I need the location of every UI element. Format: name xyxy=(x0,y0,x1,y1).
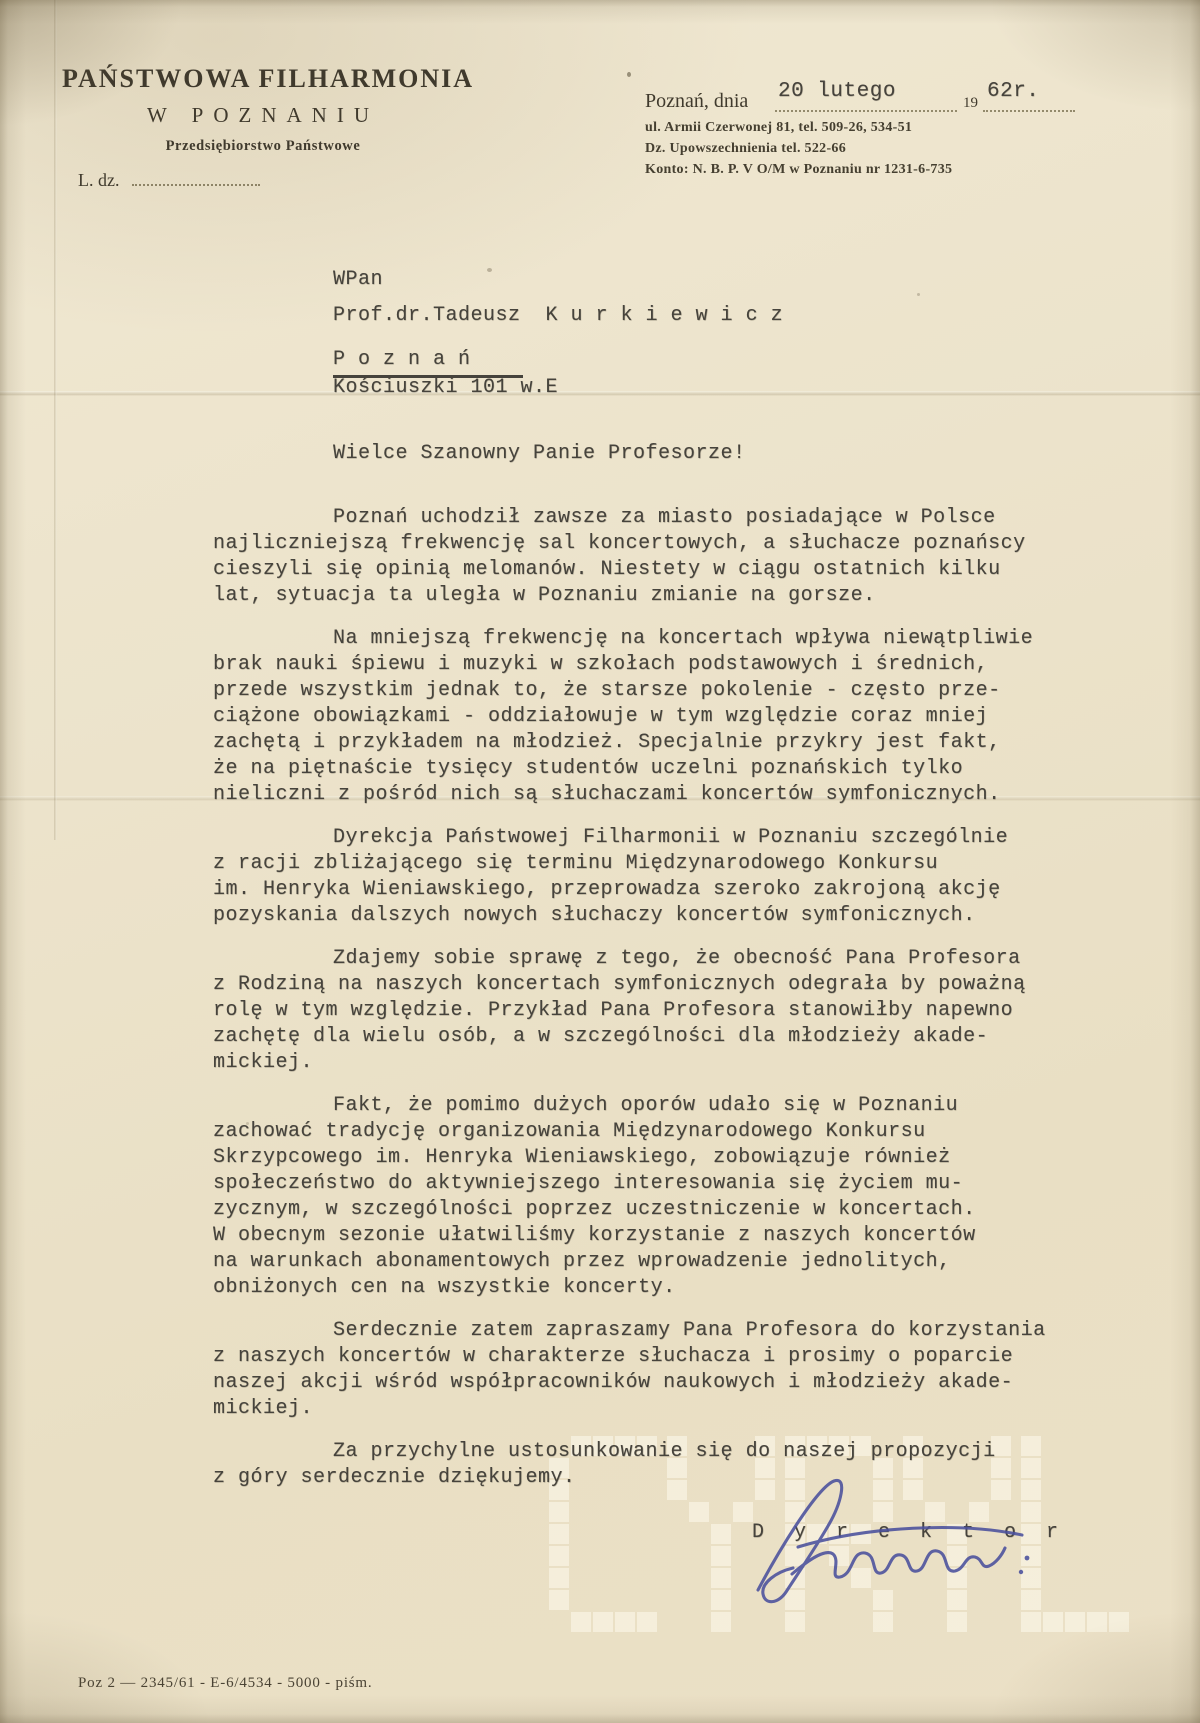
recipient-block: WPan Prof.dr.Tadeusz K u r k i e w i c z… xyxy=(333,264,853,414)
director-signature xyxy=(728,1462,1058,1617)
paragraph-line: Dyrekcja Państwowej Filharmonii w Poznan… xyxy=(213,825,1053,851)
date-dotted-line xyxy=(775,110,957,112)
reference-label: L. dz. xyxy=(78,170,119,190)
paragraph-line: zachować tradycję organizowania Międzyna… xyxy=(213,1119,1053,1145)
paragraph-line: mickiej. xyxy=(213,1050,1053,1076)
paragraph-line: na warunkach abonamentowych przez wprowa… xyxy=(213,1249,1053,1275)
recipient-city: P o z n a ń xyxy=(333,348,523,378)
org-subtitle: Przedsiębiorstwo Państwowe xyxy=(62,138,464,155)
paragraph: Zdajemy sobie sprawę z tego, że obecność… xyxy=(213,946,1053,1076)
recipient-name: Prof.dr.Tadeusz K u r k i e w i c z xyxy=(333,304,783,327)
paragraph-line: lat, sytuacja ta uległa w Poznaniu zmian… xyxy=(213,583,1053,609)
paragraph-line: Zdajemy sobie sprawę z tego, że obecność… xyxy=(213,946,1053,972)
paragraph: Na mniejszą frekwencję na koncertach wpł… xyxy=(213,626,1053,808)
paragraph-line: cieszyli się opinią melomanów. Niestety … xyxy=(213,557,1053,583)
paragraph-line: Fakt, że pomimo dużych oporów udało się … xyxy=(213,1093,1053,1119)
paragraph-line: brak nauki śpiewu i muzyki w szkołach po… xyxy=(213,652,1053,678)
paragraph-line: zycznym, w szczególności poprzez uczestn… xyxy=(213,1197,1053,1223)
paragraph-line: najliczniejszą frekwencję sal koncertowy… xyxy=(213,531,1053,557)
scanned-letter-page: PAŃSTWOWA FILHARMONIA W POZNANIU Przedsi… xyxy=(0,0,1200,1723)
paragraph-line: pozyskania dalszych nowych słuchaczy kon… xyxy=(213,903,1053,929)
date-dotted-line-2 xyxy=(983,110,1075,112)
recipient-street: Kościuszki 101 w.E xyxy=(333,376,558,399)
paragraph-line: z racji zbliżającego się terminu Międzyn… xyxy=(213,851,1053,877)
paragraph-line: zachętą i przykładem na młodzież. Specja… xyxy=(213,730,1053,756)
paragraph-line: nieliczni z pośród nich są słuchaczami k… xyxy=(213,782,1053,808)
date-typed-year: 62r. xyxy=(987,80,1039,103)
left-edge-crease xyxy=(54,0,57,840)
letterhead: PAŃSTWOWA FILHARMONIA W POZNANIU Przedsi… xyxy=(62,64,464,155)
date-century: 19 xyxy=(963,95,978,112)
paragraph-line: przede wszystkim jednak to, że starsze p… xyxy=(213,678,1053,704)
paper-speck xyxy=(917,293,920,296)
date-typed-value: 20 lutego xyxy=(778,80,896,103)
paragraph-line: Na mniejszą frekwencję na koncertach wpł… xyxy=(213,626,1053,652)
salutation: Wielce Szanowny Panie Profesorze! xyxy=(333,442,746,465)
letterhead-address-line: Dz. Upowszechnienia tel. 522-66 xyxy=(645,141,846,157)
paragraph-line: ciążone obowiązkami - oddziałowuje w tym… xyxy=(213,704,1053,730)
paragraph-line: zachętę dla wielu osób, a w szczególnośc… xyxy=(213,1024,1053,1050)
reference-number-line: L. dz. xyxy=(78,170,260,191)
paragraph-line: że na piętnaście tysięcy studentów uczel… xyxy=(213,756,1053,782)
paragraph: Poznań uchodził zawsze za miasto posiada… xyxy=(213,505,1053,609)
date-line: Poznań, dnia 20 lutego 19 62r. xyxy=(645,80,1115,120)
paragraph-line: W obecnym sezonie ułatwiliśmy korzystani… xyxy=(213,1223,1053,1249)
date-prefix: Poznań, dnia xyxy=(645,90,748,113)
paper-speck xyxy=(627,72,631,77)
paragraph-line: Serdecznie zatem zapraszamy Pana Profeso… xyxy=(213,1318,1053,1344)
paragraph-line: rolę w tym względzie. Przykład Pana Prof… xyxy=(213,998,1053,1024)
paragraph-line: społeczeństwo do aktywniejszego intereso… xyxy=(213,1171,1053,1197)
org-name: PAŃSTWOWA FILHARMONIA xyxy=(62,64,464,94)
letter-body: Poznań uchodził zawsze za miasto posiada… xyxy=(213,505,1053,1508)
paragraph-line: Skrzypcowego im. Henryka Wieniawskiego, … xyxy=(213,1145,1053,1171)
paragraph: Dyrekcja Państwowej Filharmonii w Poznan… xyxy=(213,825,1053,929)
paragraph-line: im. Henryka Wieniawskiego, przeprowadza … xyxy=(213,877,1053,903)
letterhead-address-line: Konto: N. B. P. V O/M w Poznaniu nr 1231… xyxy=(645,162,952,178)
paragraph-line: Poznań uchodził zawsze za miasto posiada… xyxy=(213,505,1053,531)
paragraph: Serdecznie zatem zapraszamy Pana Profeso… xyxy=(213,1318,1053,1422)
paragraph-line: mickiej. xyxy=(213,1396,1053,1422)
recipient-honorific: WPan xyxy=(333,268,383,291)
org-city: W POZNANIU xyxy=(62,103,464,128)
letterhead-address-line: ul. Armii Czerwonej 81, tel. 509-26, 534… xyxy=(645,120,912,136)
paragraph-line: obniżonych cen na wszystkie koncerty. xyxy=(213,1275,1053,1301)
print-info: Poz 2 — 2345/61 - E-6/4534 - 5000 - piśm… xyxy=(78,1675,372,1692)
paragraph-line: z Rodziną na naszych koncertach symfonic… xyxy=(213,972,1053,998)
paragraph-line: naszej akcji wśród współpracowników nauk… xyxy=(213,1370,1053,1396)
reference-dotted-line xyxy=(132,170,260,186)
paragraph-line: z naszych koncertów w charakterze słucha… xyxy=(213,1344,1053,1370)
paragraph: Fakt, że pomimo dużych oporów udało się … xyxy=(213,1093,1053,1301)
